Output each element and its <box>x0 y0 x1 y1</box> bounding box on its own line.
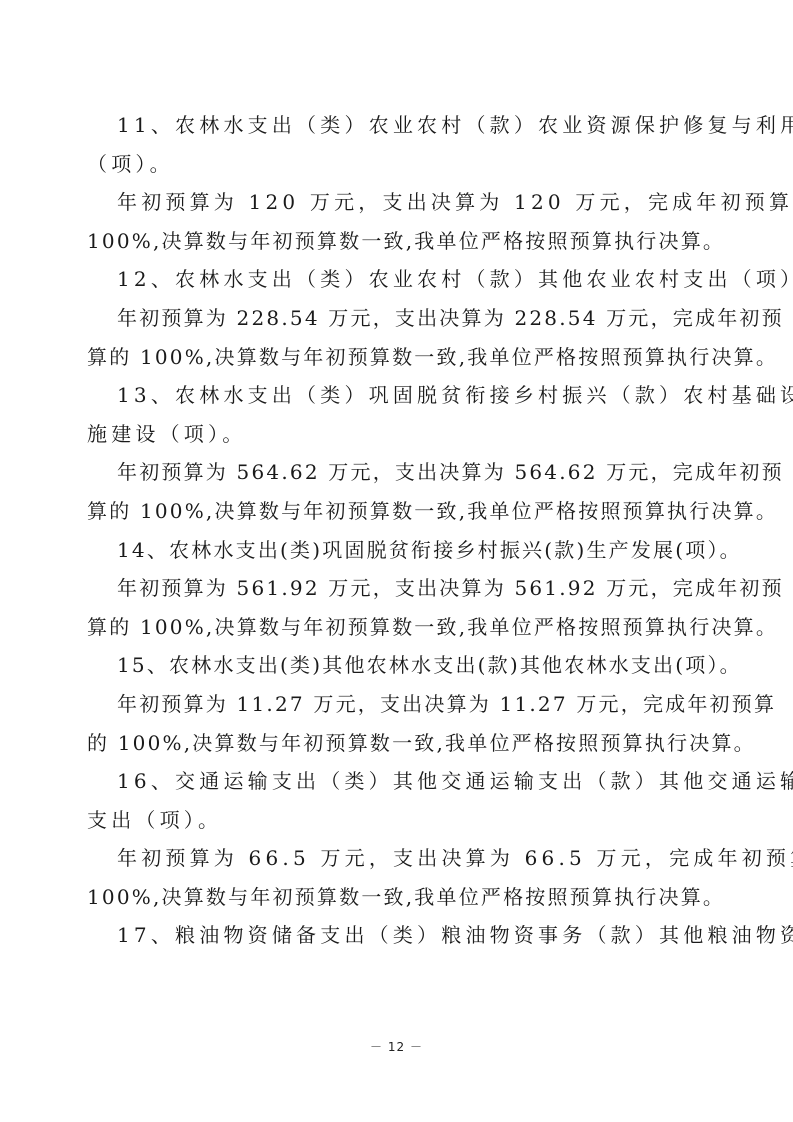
section-13-body-line-2: 算的 100%,决算数与年初预算数一致,我单位严格按照预算执行决算。 <box>87 492 717 531</box>
page-number: － 12 － <box>0 1038 793 1055</box>
section-16-heading-line-2: 支出（项）。 <box>87 801 717 840</box>
section-15-body-line-1: 年初预算为 11.27 万元，支出决算为 11.27 万元，完成年初预算 <box>87 685 717 724</box>
section-15-body-line-2: 的 100%,决算数与年初预算数一致,我单位严格按照预算执行决算。 <box>87 724 717 763</box>
section-16-body-line-1: 年初预算为 66.5 万元，支出决算为 66.5 万元，完成年初预算的 <box>87 839 717 878</box>
section-11-heading-line-2: （项）。 <box>87 145 717 184</box>
section-12-body-line-2: 算的 100%,决算数与年初预算数一致,我单位严格按照预算执行决算。 <box>87 338 717 377</box>
document-page: 11、农林水支出（类）农业农村（款）农业资源保护修复与利用 （项）。 年初预算为… <box>0 0 793 1122</box>
section-14-heading-line-1: 14、农林水支出(类)巩固脱贫衔接乡村振兴(款)生产发展(项）。 <box>87 531 717 570</box>
section-16-body-line-2: 100%,决算数与年初预算数一致,我单位严格按照预算执行决算。 <box>87 878 717 917</box>
section-11-body-line-1: 年初预算为 120 万元，支出决算为 120 万元，完成年初预算的 <box>87 183 717 222</box>
section-16-heading-line-1: 16、交通运输支出（类）其他交通运输支出（款）其他交通运输 <box>87 762 717 801</box>
section-14-body-line-1: 年初预算为 561.92 万元，支出决算为 561.92 万元，完成年初预 <box>87 569 717 608</box>
section-15-heading-line-1: 15、农林水支出(类)其他农林水支出(款)其他农林水支出(项）。 <box>87 646 717 685</box>
section-11-body-line-2: 100%,决算数与年初预算数一致,我单位严格按照预算执行决算。 <box>87 222 717 261</box>
section-13-body-line-1: 年初预算为 564.62 万元，支出决算为 564.62 万元，完成年初预 <box>87 453 717 492</box>
section-12-body-line-1: 年初预算为 228.54 万元，支出决算为 228.54 万元，完成年初预 <box>87 299 717 338</box>
document-body: 11、农林水支出（类）农业农村（款）农业资源保护修复与利用 （项）。 年初预算为… <box>87 106 717 955</box>
section-17-heading-line-1: 17、粮油物资储备支出（类）粮油物资事务（款）其他粮油物资 <box>87 916 717 955</box>
section-12-heading-line-1: 12、农林水支出（类）农业农村（款）其他农业农村支出（项）。 <box>87 260 717 299</box>
section-13-heading-line-1: 13、农林水支出（类）巩固脱贫衔接乡村振兴（款）农村基础设 <box>87 376 717 415</box>
section-11-heading-line-1: 11、农林水支出（类）农业农村（款）农业资源保护修复与利用 <box>87 106 717 145</box>
section-13-heading-line-2: 施建设（项）。 <box>87 415 717 454</box>
section-14-body-line-2: 算的 100%,决算数与年初预算数一致,我单位严格按照预算执行决算。 <box>87 608 717 647</box>
